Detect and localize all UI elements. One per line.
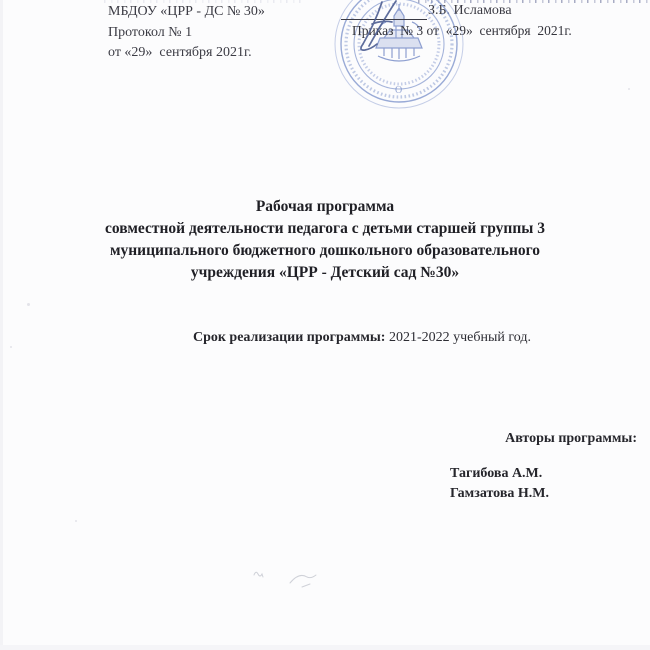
- scan-speck: [10, 346, 12, 348]
- protocol-date: от «29» сентября 2021г.: [108, 43, 265, 64]
- scan-speck: [75, 520, 77, 522]
- faint-pencil-mark: [250, 566, 342, 592]
- scan-speck: [27, 303, 30, 306]
- author-name: Гамзатова Н.М.: [450, 484, 549, 504]
- document-page: О МБДОУ «ЦРР - ДС № 30» Протокол № 1 от …: [0, 0, 650, 650]
- title-line: Рабочая программа: [0, 196, 650, 218]
- author-name: Тагибова А.М.: [450, 464, 549, 484]
- program-term-label: Срок реализации программы:: [193, 330, 386, 345]
- handwritten-signature: [338, 0, 418, 52]
- scan-speck: [628, 88, 630, 90]
- program-term: Срок реализации программы: 2021-2022 уче…: [37, 330, 650, 346]
- protocol-block: МБДОУ «ЦРР - ДС № 30» Протокол № 1 от «2…: [108, 2, 265, 64]
- authors-heading: Авторы программы:: [505, 431, 637, 447]
- program-term-value: 2021-2022 учебный год.: [385, 330, 531, 345]
- document-title: Рабочая программа совместной деятельност…: [0, 196, 650, 284]
- scan-edge-shade: [0, 645, 650, 650]
- title-line: совместной деятельности педагога с детьм…: [0, 218, 650, 240]
- institution-name: МБДОУ «ЦРР - ДС № 30»: [108, 2, 265, 23]
- authors-list: Тагибова А.М. Гамзатова Н.М.: [450, 464, 549, 505]
- protocol-number: Протокол № 1: [108, 23, 265, 44]
- title-line: учреждения «ЦРР - Детский сад №30»: [0, 262, 650, 284]
- svg-text:О: О: [395, 85, 402, 96]
- scan-edge-shade: [0, 0, 3, 650]
- title-line: муниципального бюджетного дошкольного об…: [0, 240, 650, 262]
